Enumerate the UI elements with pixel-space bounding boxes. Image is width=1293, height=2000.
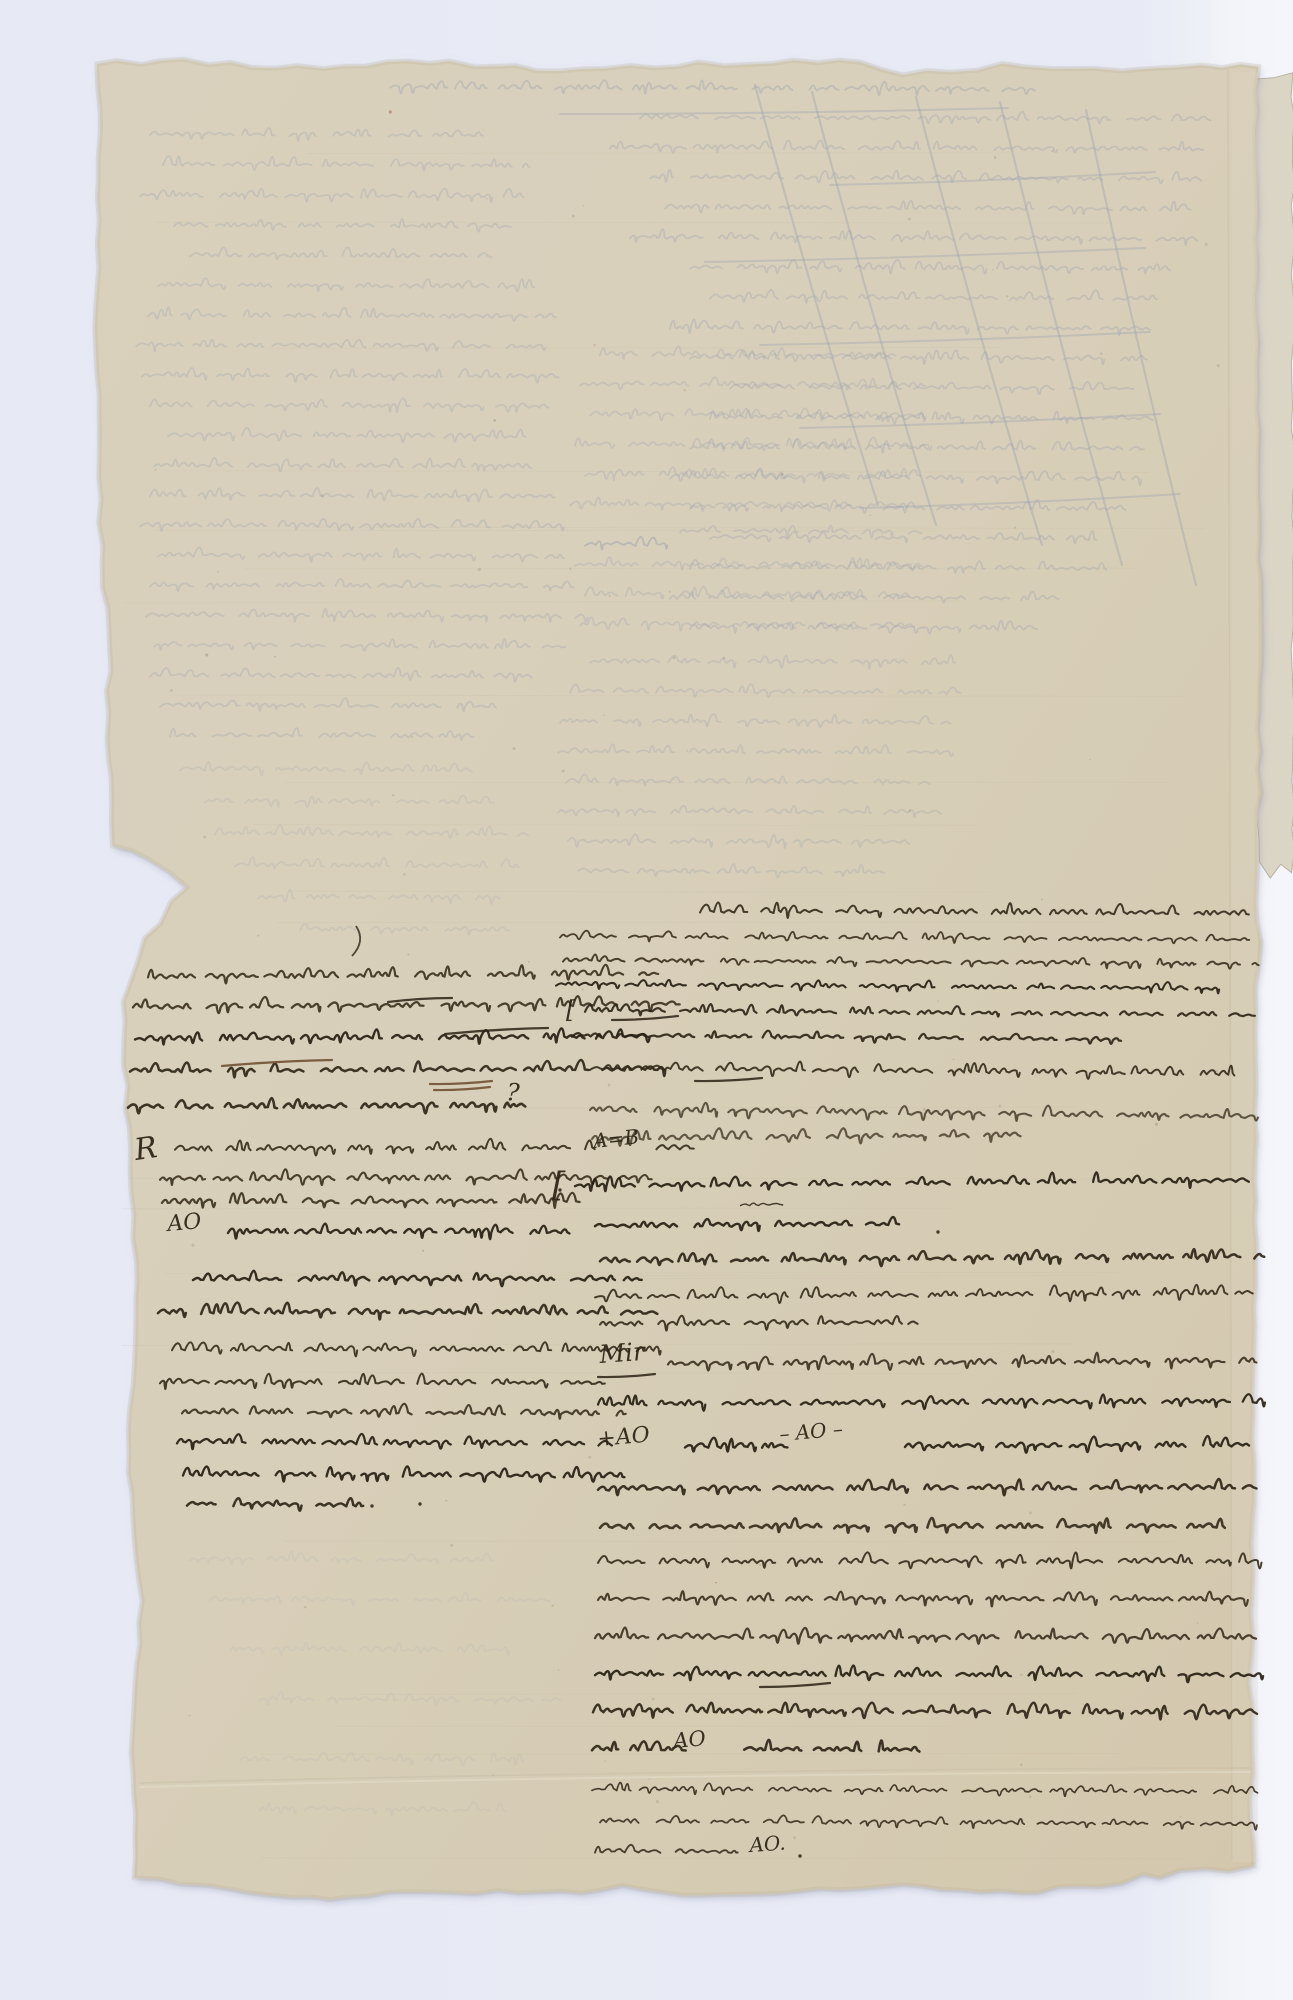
legible-token: [ [552, 1165, 566, 1205]
manuscript-scan: RA=BAO?[[Mir+AO– AO –AOAO. Scanned handw… [0, 0, 1293, 2000]
legible-token: R [131, 1130, 159, 1168]
legible-token: +AO [596, 1423, 650, 1452]
legible-token: AO [164, 1209, 202, 1237]
legible-token: AO [670, 1726, 706, 1753]
legible-token: AO. [747, 1831, 787, 1858]
legible-token: ? [506, 1078, 521, 1107]
manuscript-scan-svg: RA=BAO?[[Mir+AO– AO –AOAO. [0, 0, 1293, 2000]
legible-token: [ [566, 996, 576, 1024]
legible-token: A=B [590, 1124, 640, 1153]
legible-token: Mir [597, 1337, 647, 1369]
